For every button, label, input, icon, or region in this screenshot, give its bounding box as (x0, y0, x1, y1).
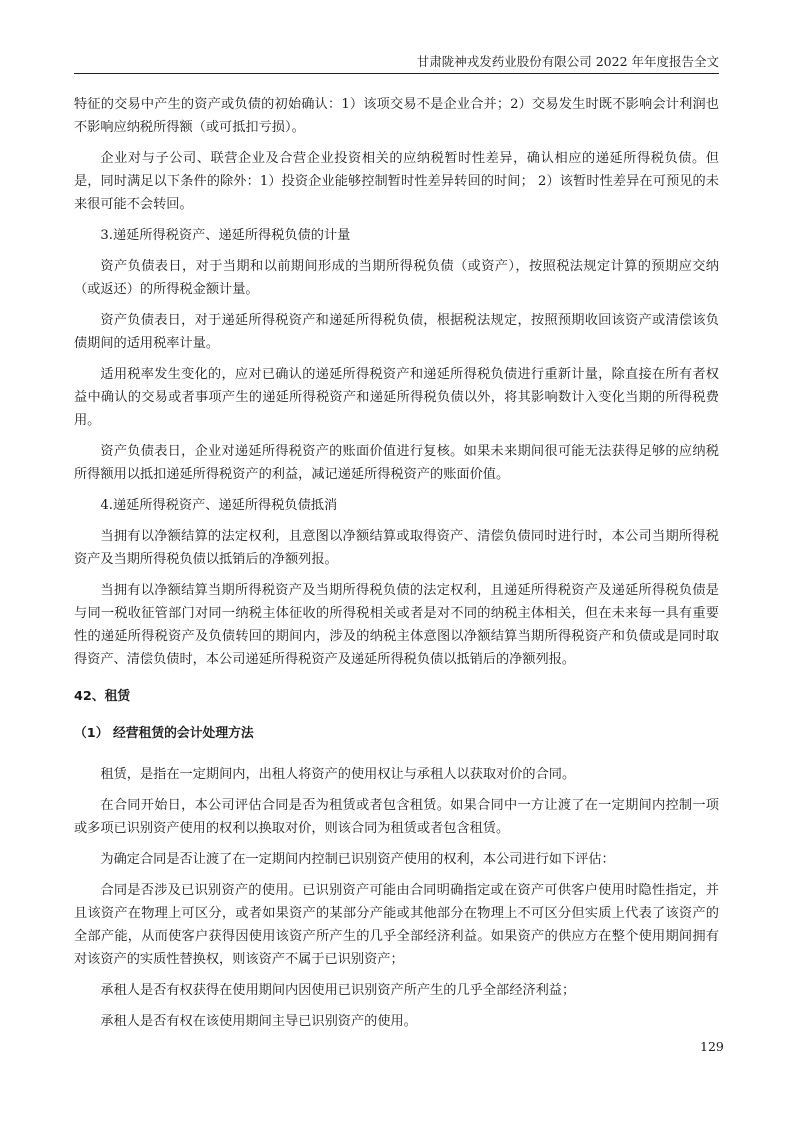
paragraph: 特征的交易中产生的资产或负债的初始确认：1）该项交易不是企业合并；2）交易发生时… (74, 93, 719, 139)
paragraph: 承租人是否有权获得在使用期间内因使用已识别资产所产生的几乎全部经济利益； (74, 979, 719, 1002)
paragraph: 承租人是否有权在该使用期间主导已识别资产的使用。 (74, 1010, 719, 1033)
paragraph: 合同是否涉及已识别资产的使用。已识别资产可能由合同明确指定或在资产可供客户使用时… (74, 879, 719, 971)
paragraph: 适用税率发生变化的，应对已确认的递延所得税资产和递延所得税负债进行重新计量，除直… (74, 363, 719, 432)
paragraph: 当拥有以净额结算当期所得税资产及当期所得税负债的法定权利，且递延所得税资产及递延… (74, 579, 719, 671)
section-heading-42: 42、租赁 (74, 685, 719, 708)
paragraph: 为确定合同是否让渡了在一定期间内控制已识别资产使用的权利，本公司进行如下评估： (74, 848, 719, 871)
paragraph: 当拥有以净额结算的法定权利，且意图以净额结算或取得资产、清偿负债同时进行时，本公… (74, 525, 719, 571)
paragraph: 资产负债表日，企业对递延所得税资产的账面价值进行复核。如果未来期间很可能无法获得… (74, 440, 719, 486)
section-heading-3: 3.递延所得税资产、递延所得税负债的计量 (74, 224, 719, 247)
page-header: 甘肃陇神戎发药业股份有限公司 2022 年年度报告全文 (74, 52, 719, 74)
section-heading-4: 4.递延所得税资产、递延所得税负债抵消 (74, 494, 719, 517)
subsection-heading: （1） 经营租赁的会计处理方法 (74, 722, 719, 745)
paragraph: 企业对与子公司、联营企业及合营企业投资相关的应纳税暂时性差异，确认相应的递延所得… (74, 147, 719, 216)
paragraph: 租赁，是指在一定期间内，出租人将资产的使用权让与承租人以获取对价的合同。 (74, 763, 719, 786)
paragraph: 资产负债表日，对于递延所得税资产和递延所得税负债，根据税法规定，按照预期收回该资… (74, 309, 719, 355)
page-number: 129 (700, 1037, 724, 1057)
page-body: 特征的交易中产生的资产或负债的初始确认：1）该项交易不是企业合并；2）交易发生时… (74, 93, 719, 1041)
paragraph: 在合同开始日，本公司评估合同是否为租赁或者包含租赁。如果合同中一方让渡了在一定期… (74, 794, 719, 840)
paragraph: 资产负债表日，对于当期和以前期间形成的当期所得税负债（或资产），按照税法规定计算… (74, 255, 719, 301)
report-title: 甘肃陇神戎发药业股份有限公司 2022 年年度报告全文 (417, 54, 719, 69)
